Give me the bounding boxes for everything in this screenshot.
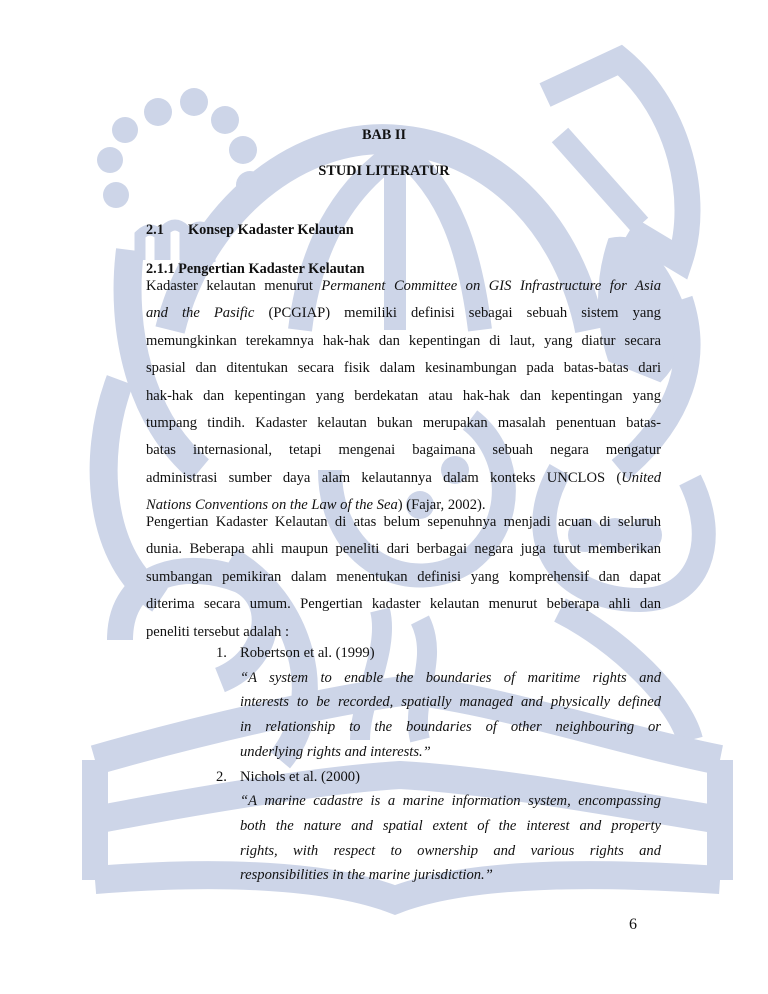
- definition-list: 1. Robertson et al. (1999) “A system to …: [216, 641, 661, 888]
- text-line: Kadaster kelautan menurut Permanent Comm…: [146, 273, 661, 300]
- chapter-number: BAB II: [0, 127, 768, 144]
- text-line: memungkinkan terekamnya hak-hak dan kepe…: [146, 328, 661, 355]
- paragraph-expert-definitions-intro: Pengertian Kadaster Kelautan di atas bel…: [146, 509, 661, 646]
- section-heading: 2.1Konsep Kadaster Kelautan: [146, 222, 354, 239]
- paragraph-definition-pcgiap: Kadaster kelautan menurut Permanent Comm…: [146, 273, 661, 520]
- section-number: 2.1: [146, 222, 188, 239]
- chapter-title: STUDI LITERATUR: [0, 163, 768, 180]
- text-line: tumpang tindih. Kadaster kelautan bukan …: [146, 410, 661, 437]
- text-line: diterima secara umum. Pengertian kadaste…: [146, 591, 661, 618]
- definition-quote: “A marine cadastre is a marine informati…: [240, 789, 661, 888]
- quote-line: “A system to enable the boundaries of ma…: [240, 666, 661, 691]
- definition-source: Robertson et al. (1999): [240, 641, 661, 666]
- document-page: BAB II STUDI LITERATUR 2.1Konsep Kadaste…: [0, 0, 768, 994]
- text-line: and the Pasific (PCGIAP) memiliki defini…: [146, 300, 661, 327]
- quote-line: rights, with respect to ownership and va…: [240, 839, 661, 864]
- text-line: sumbangan pemikiran dalam menentukan def…: [146, 564, 661, 591]
- text-line: Pengertian Kadaster Kelautan di atas bel…: [146, 509, 661, 536]
- list-marker: 2.: [216, 765, 227, 790]
- quote-line: both the nature and spatial extent of th…: [240, 814, 661, 839]
- text-line: administrasi sumber daya alam kelautanny…: [146, 465, 661, 492]
- text-line: dunia. Beberapa ahli maupun peneliti dar…: [146, 536, 661, 563]
- text-line: batas internasional, tetapi mengenai bag…: [146, 437, 661, 464]
- definition-source: Nichols et al. (2000): [240, 765, 661, 790]
- quote-line: responsibilities in the marine jurisdict…: [240, 863, 661, 888]
- section-title: Konsep Kadaster Kelautan: [188, 222, 354, 238]
- list-marker: 1.: [216, 641, 227, 666]
- list-item: 2. Nichols et al. (2000) “A marine cadas…: [216, 765, 661, 889]
- quote-line: in relationship to the boundaries of oth…: [240, 715, 661, 740]
- quote-line: “A marine cadastre is a marine informati…: [240, 789, 661, 814]
- quote-line: interests to be recorded, spatially mana…: [240, 690, 661, 715]
- quote-line: underlying rights and interests.”: [240, 740, 661, 765]
- list-item: 1. Robertson et al. (1999) “A system to …: [216, 641, 661, 765]
- text-line: hak-hak dan kepentingan yang berdekatan …: [146, 383, 661, 410]
- page-number: 6: [629, 916, 637, 934]
- text-line: spasial dan ditentukan secara fisik dala…: [146, 355, 661, 382]
- definition-quote: “A system to enable the boundaries of ma…: [240, 666, 661, 765]
